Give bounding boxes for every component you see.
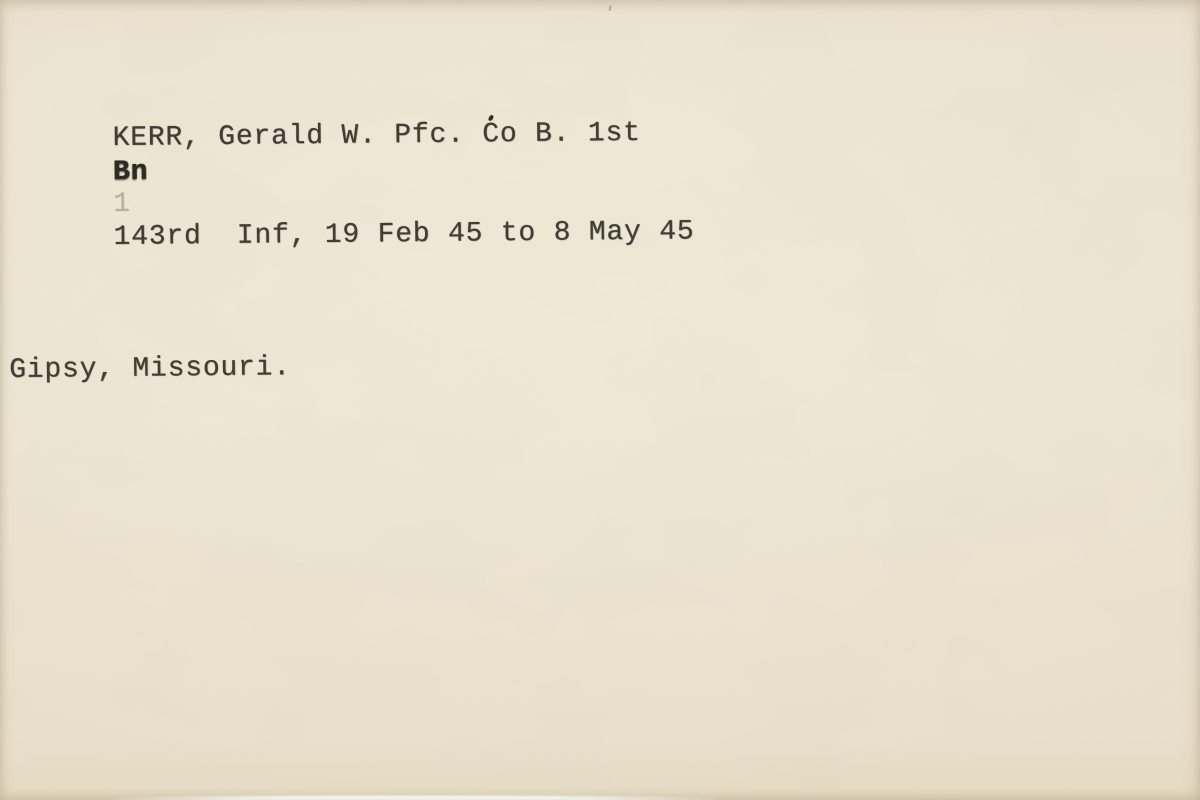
scan-edge-strip <box>115 795 715 800</box>
typed-line-1: KERR, Gerald W. Pfc. Co B. 1st Bn 1 143r… <box>7 79 1189 288</box>
typed-segment-battalion-overstruck: Bn <box>113 157 149 188</box>
typed-segment-ghost-digit: 1 <box>113 189 131 220</box>
index-card: KERR, Gerald W. Pfc. Co B. 1st Bn 1 143r… <box>0 0 1200 800</box>
typed-text-block: KERR, Gerald W. Pfc. Co B. 1st Bn 1 143r… <box>6 13 1190 453</box>
paper-fiber-mark <box>608 5 611 11</box>
typed-line-2: Gipsy, Missouri. <box>9 343 1189 387</box>
typed-segment-name-unit: KERR, Gerald W. Pfc. Co B. 1st <box>113 118 659 154</box>
typed-segment-regiment-dates: 143rd Inf, 19 Feb 45 to 8 May 45 <box>113 216 694 253</box>
